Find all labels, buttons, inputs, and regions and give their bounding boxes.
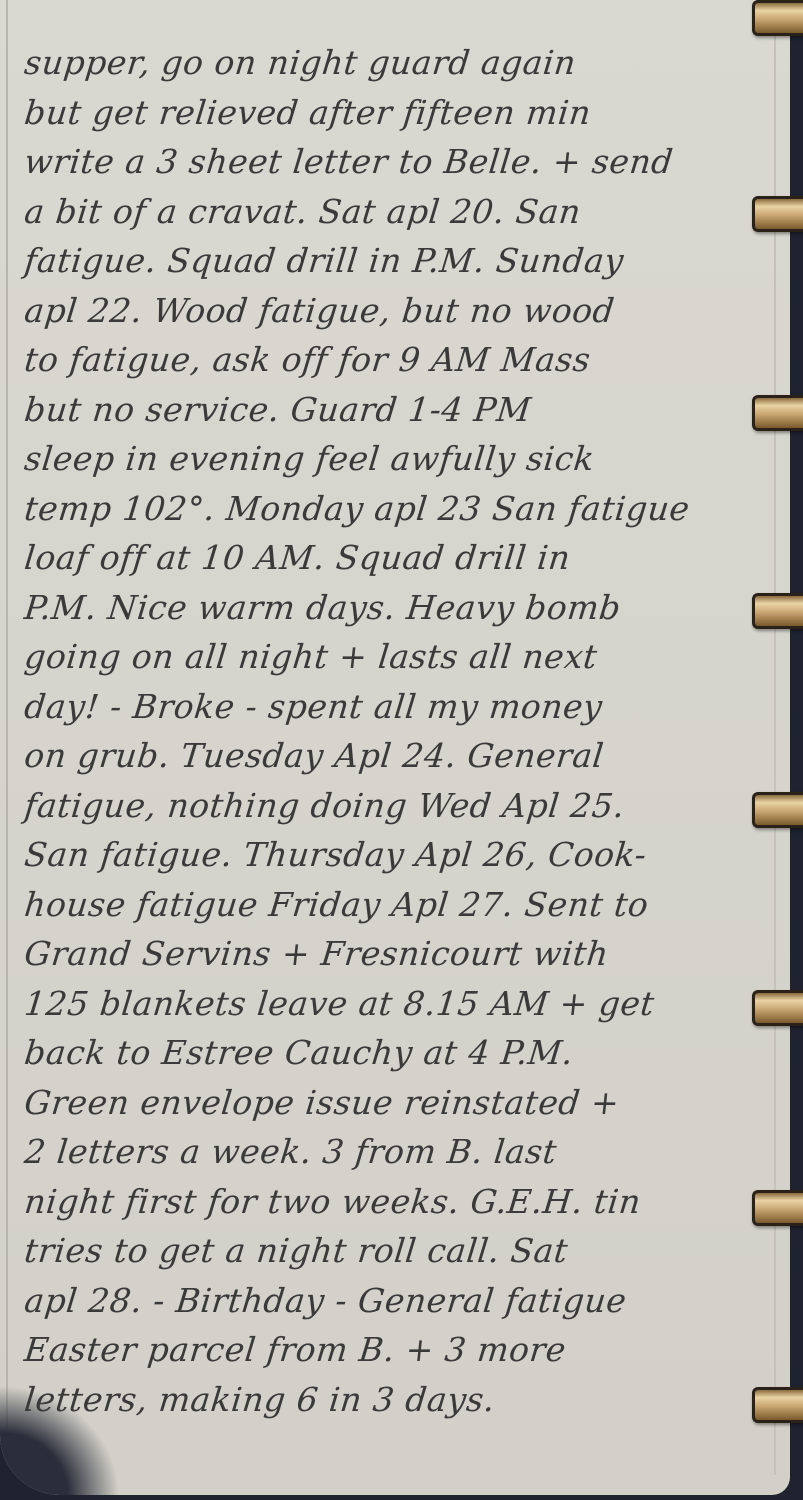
binder-ring bbox=[752, 1190, 803, 1226]
text-line: temp 102°. Monday apl 23 San fatigue bbox=[22, 484, 767, 534]
text-line: 125 blankets leave at 8.15 AM + get bbox=[22, 979, 767, 1029]
text-line: Easter parcel from B. + 3 more bbox=[22, 1325, 767, 1375]
text-line: a bit of a cravat. Sat apl 20. San bbox=[22, 187, 767, 237]
binder-ring bbox=[752, 792, 803, 828]
text-line: apl 22. Wood fatigue, but no wood bbox=[22, 286, 767, 336]
text-line: but get relieved after fifteen min bbox=[22, 88, 767, 138]
binder-ring bbox=[752, 196, 803, 232]
binder-ring bbox=[752, 395, 803, 431]
text-line: tries to get a night roll call. Sat bbox=[22, 1226, 767, 1276]
binder-ring bbox=[752, 593, 803, 629]
text-line: fatigue, nothing doing Wed Apl 25. bbox=[22, 781, 767, 831]
text-line: on grub. Tuesday Apl 24. General bbox=[22, 731, 767, 781]
text-line: Green envelope issue reinstated + bbox=[22, 1078, 767, 1128]
text-line: day! - Broke - spent all my money bbox=[22, 682, 767, 732]
text-line: write a 3 sheet letter to Belle. + send bbox=[22, 137, 767, 187]
handwritten-text-block: supper, go on night guard again but get … bbox=[22, 38, 762, 1424]
text-line: San fatigue. Thursday Apl 26, Cook- bbox=[22, 830, 767, 880]
text-line: going on all night + lasts all next bbox=[22, 632, 767, 682]
text-line: but no service. Guard 1-4 PM bbox=[22, 385, 767, 435]
text-line: apl 28. - Birthday - General fatigue bbox=[22, 1276, 767, 1326]
text-line: 2 letters a week. 3 from B. last bbox=[22, 1127, 767, 1177]
text-line: letters, making 6 in 3 days. bbox=[22, 1375, 767, 1425]
text-line: to fatigue, ask off for 9 AM Mass bbox=[22, 335, 767, 385]
text-line: back to Estree Cauchy at 4 P.M. bbox=[22, 1028, 767, 1078]
text-line: Grand Servins + Fresnicourt with bbox=[22, 929, 767, 979]
binder-ring bbox=[752, 1387, 803, 1423]
text-line: sleep in evening feel awfully sick bbox=[22, 434, 767, 484]
text-line: supper, go on night guard again bbox=[22, 38, 767, 88]
text-line: house fatigue Friday Apl 27. Sent to bbox=[22, 880, 767, 930]
text-line: night first for two weeks. G.E.H. tin bbox=[22, 1177, 767, 1227]
text-line: fatigue. Squad drill in P.M. Sunday bbox=[22, 236, 767, 286]
text-line: loaf off at 10 AM. Squad drill in bbox=[22, 533, 767, 583]
text-line: P.M. Nice warm days. Heavy bomb bbox=[22, 583, 767, 633]
binder-ring bbox=[752, 0, 803, 36]
diary-page: supper, go on night guard again but get … bbox=[0, 0, 790, 1495]
binder-ring bbox=[752, 990, 803, 1026]
